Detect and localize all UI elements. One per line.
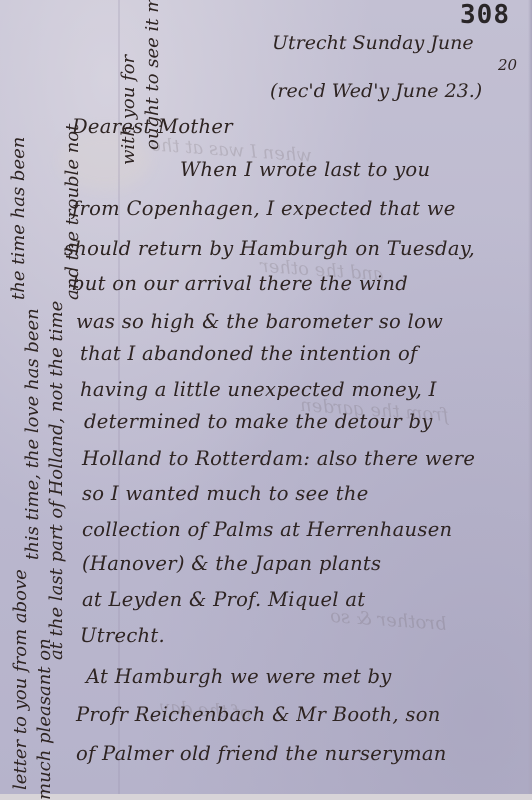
body-line: (Hanover) & the Japan plants [82,552,381,575]
margin-line: letter to you from above [10,569,31,790]
margin-line: at the last part of Holland, not the tim… [46,301,67,660]
body-line: Holland to Rotterdam: also there were [82,447,475,470]
body-line: At Hamburgh we were met by [86,665,392,688]
margin-line: the time has been [8,137,29,300]
margin-crosswriting: the time has been and the trouble not wi… [0,0,120,800]
letter-page: when I was at the and the other from the… [0,0,532,800]
body-line: should return by Hamburgh on Tuesday, [64,237,475,260]
date-day: 20 [498,56,517,74]
margin-line: much pleasant on [34,638,55,800]
body-line: at Leyden & Prof. Miquel at [82,588,365,611]
margin-line: with you for [118,55,139,165]
body-line: so I wanted much to see the [82,482,369,505]
body-line: was so high & the barometer so low [76,310,443,333]
folio-number: 308 [460,0,510,30]
body-line: but on our arrival there the wind [72,272,408,295]
margin-line: and the trouble not [62,124,83,300]
margin-line: this time, the love has been [22,308,43,560]
body-line: having a little unexpected money, I [80,378,437,401]
margin-line: ought to see it myself [142,0,163,150]
body-line: from Copenhagen, I expected that we [72,197,456,220]
body-line: When I wrote last to you [180,158,430,181]
body-line: of Palmer old friend the nurseryman [76,742,447,765]
body-line: that I abandoned the intention of [80,342,418,365]
paper-edge-right [528,0,532,800]
received-note: (rec'd Wed'y June 23.) [270,80,482,102]
place-date: Utrecht Sunday June [272,32,474,54]
body-line: collection of Palms at Herrenhausen [82,518,452,541]
body-line: determined to make the detour by [84,410,433,433]
body-line: Profr Reichenbach & Mr Booth, son [76,703,441,726]
